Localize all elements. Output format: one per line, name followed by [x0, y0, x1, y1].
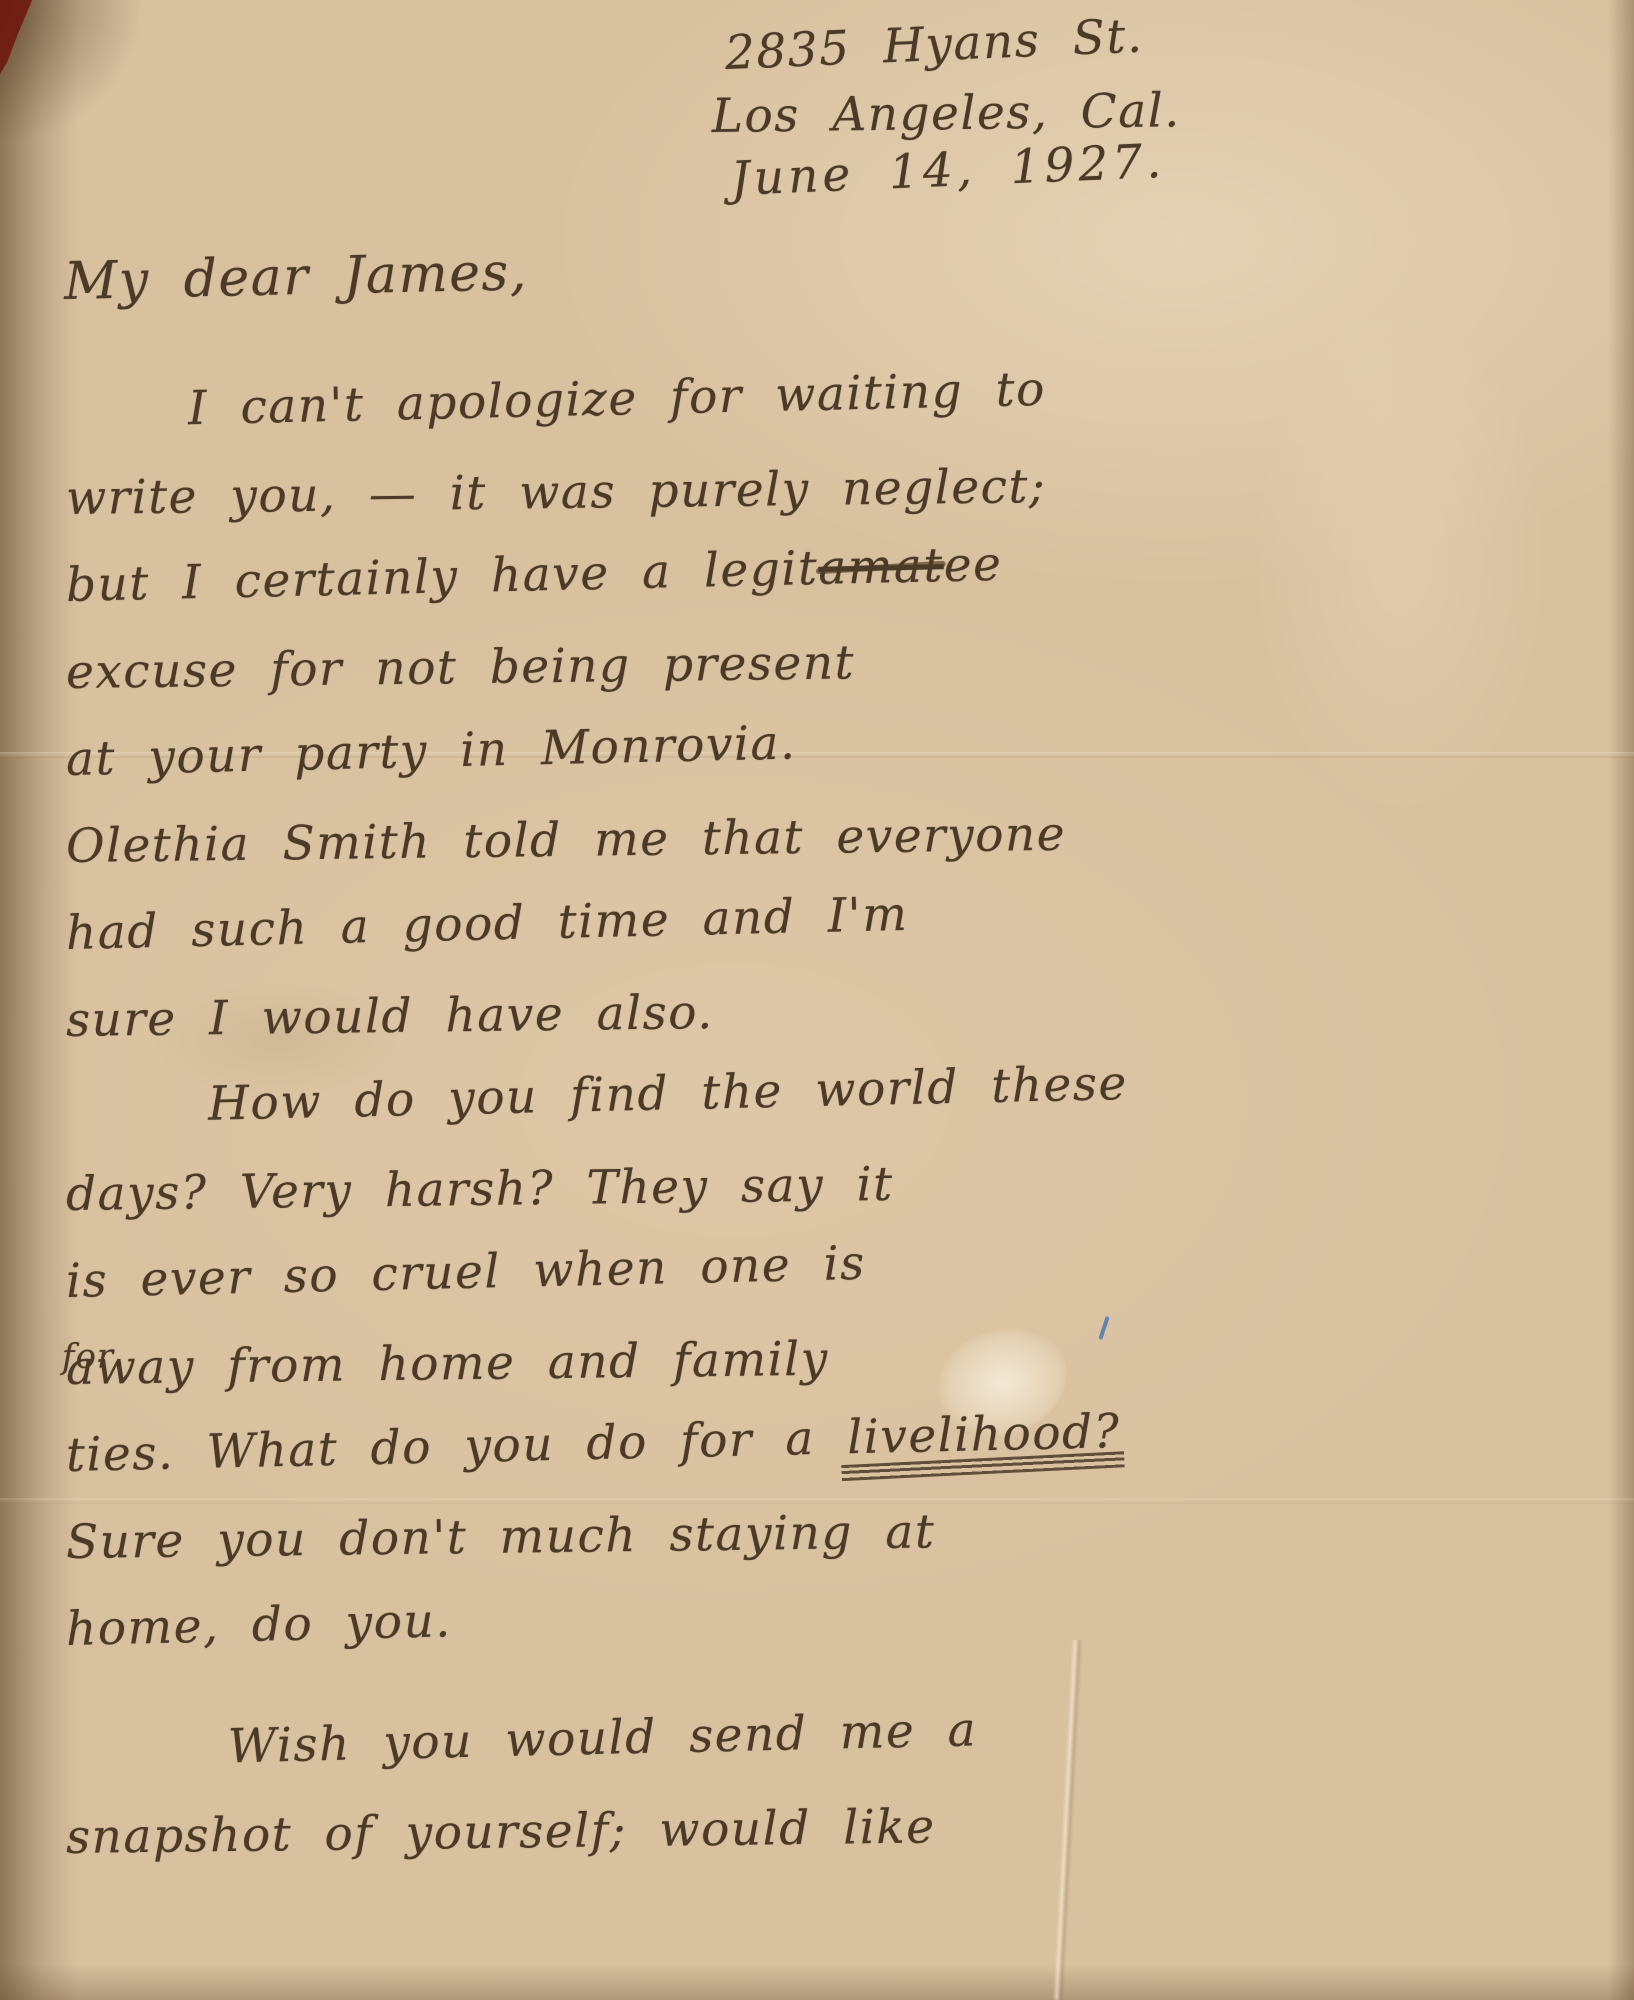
letter-date: June 14, 1927.: [730, 137, 1181, 203]
letter-line: Olethia Smith told me that everyone: [66, 804, 1604, 870]
letter-line: but I certainly have a legitamatee: [65, 527, 1604, 609]
letter-line: How do you find the world these: [65, 1049, 1604, 1131]
letter-line: Wish you would send me a: [65, 1692, 1604, 1774]
letter-body: I can't apologize for waiting to write y…: [66, 388, 1604, 1901]
letter-line: days? Very harsh? They say it: [66, 1152, 1604, 1218]
letter-line: is ever so cruel when one is: [65, 1223, 1604, 1305]
letter-line: write you, — it was purely neglect;: [66, 456, 1604, 522]
letter-line: at your party in Monrovia.: [65, 701, 1604, 783]
letter-line: snapshot of yourself; would like: [66, 1795, 1604, 1861]
letter-line: ties. What do you do for a livelihood?: [65, 1397, 1604, 1479]
line-text: away from home and family: [66, 1332, 829, 1396]
paragraph-2: How do you find the world these days? Ve…: [66, 1084, 1604, 1653]
right-edge-shadow: [1608, 0, 1634, 2000]
letter-line: home, do you.: [65, 1571, 1604, 1653]
letter-line: excuse for not being present: [66, 630, 1604, 696]
letter-line: had such a good time and I'm: [65, 875, 1604, 957]
line-text: but I certainly have a legit: [65, 541, 819, 613]
bottom-edge-shadow: [0, 1964, 1634, 2000]
letter-line: Sure you don't much staying at: [66, 1500, 1604, 1566]
letter-line: sure I would have also.: [66, 978, 1604, 1044]
sender-address: 2835 Hyans St.: [724, 11, 1181, 77]
underlined-word: livelihood?: [847, 1408, 1121, 1461]
letter-heading: 2835 Hyans St. Los Angeles, Cal. June 14…: [726, 30, 1181, 219]
inserted-word: for: [62, 1339, 115, 1374]
line-text: ties. What do you do for a: [65, 1410, 847, 1483]
struck-word: amat: [818, 538, 945, 596]
paragraph-1: I can't apologize for waiting to write y…: [66, 388, 1604, 1044]
letter-line: foraway from home and family: [66, 1326, 1604, 1392]
paragraph-3: Wish you would send me a snapshot of you…: [66, 1727, 1604, 1861]
letter-page: 2835 Hyans St. Los Angeles, Cal. June 14…: [0, 0, 1634, 2000]
letter-line: I can't apologize for waiting to: [65, 353, 1604, 435]
sender-city: Los Angeles, Cal.: [711, 87, 1181, 140]
salutation: My dear James,: [63, 242, 528, 312]
line-text: ee: [943, 537, 1003, 593]
